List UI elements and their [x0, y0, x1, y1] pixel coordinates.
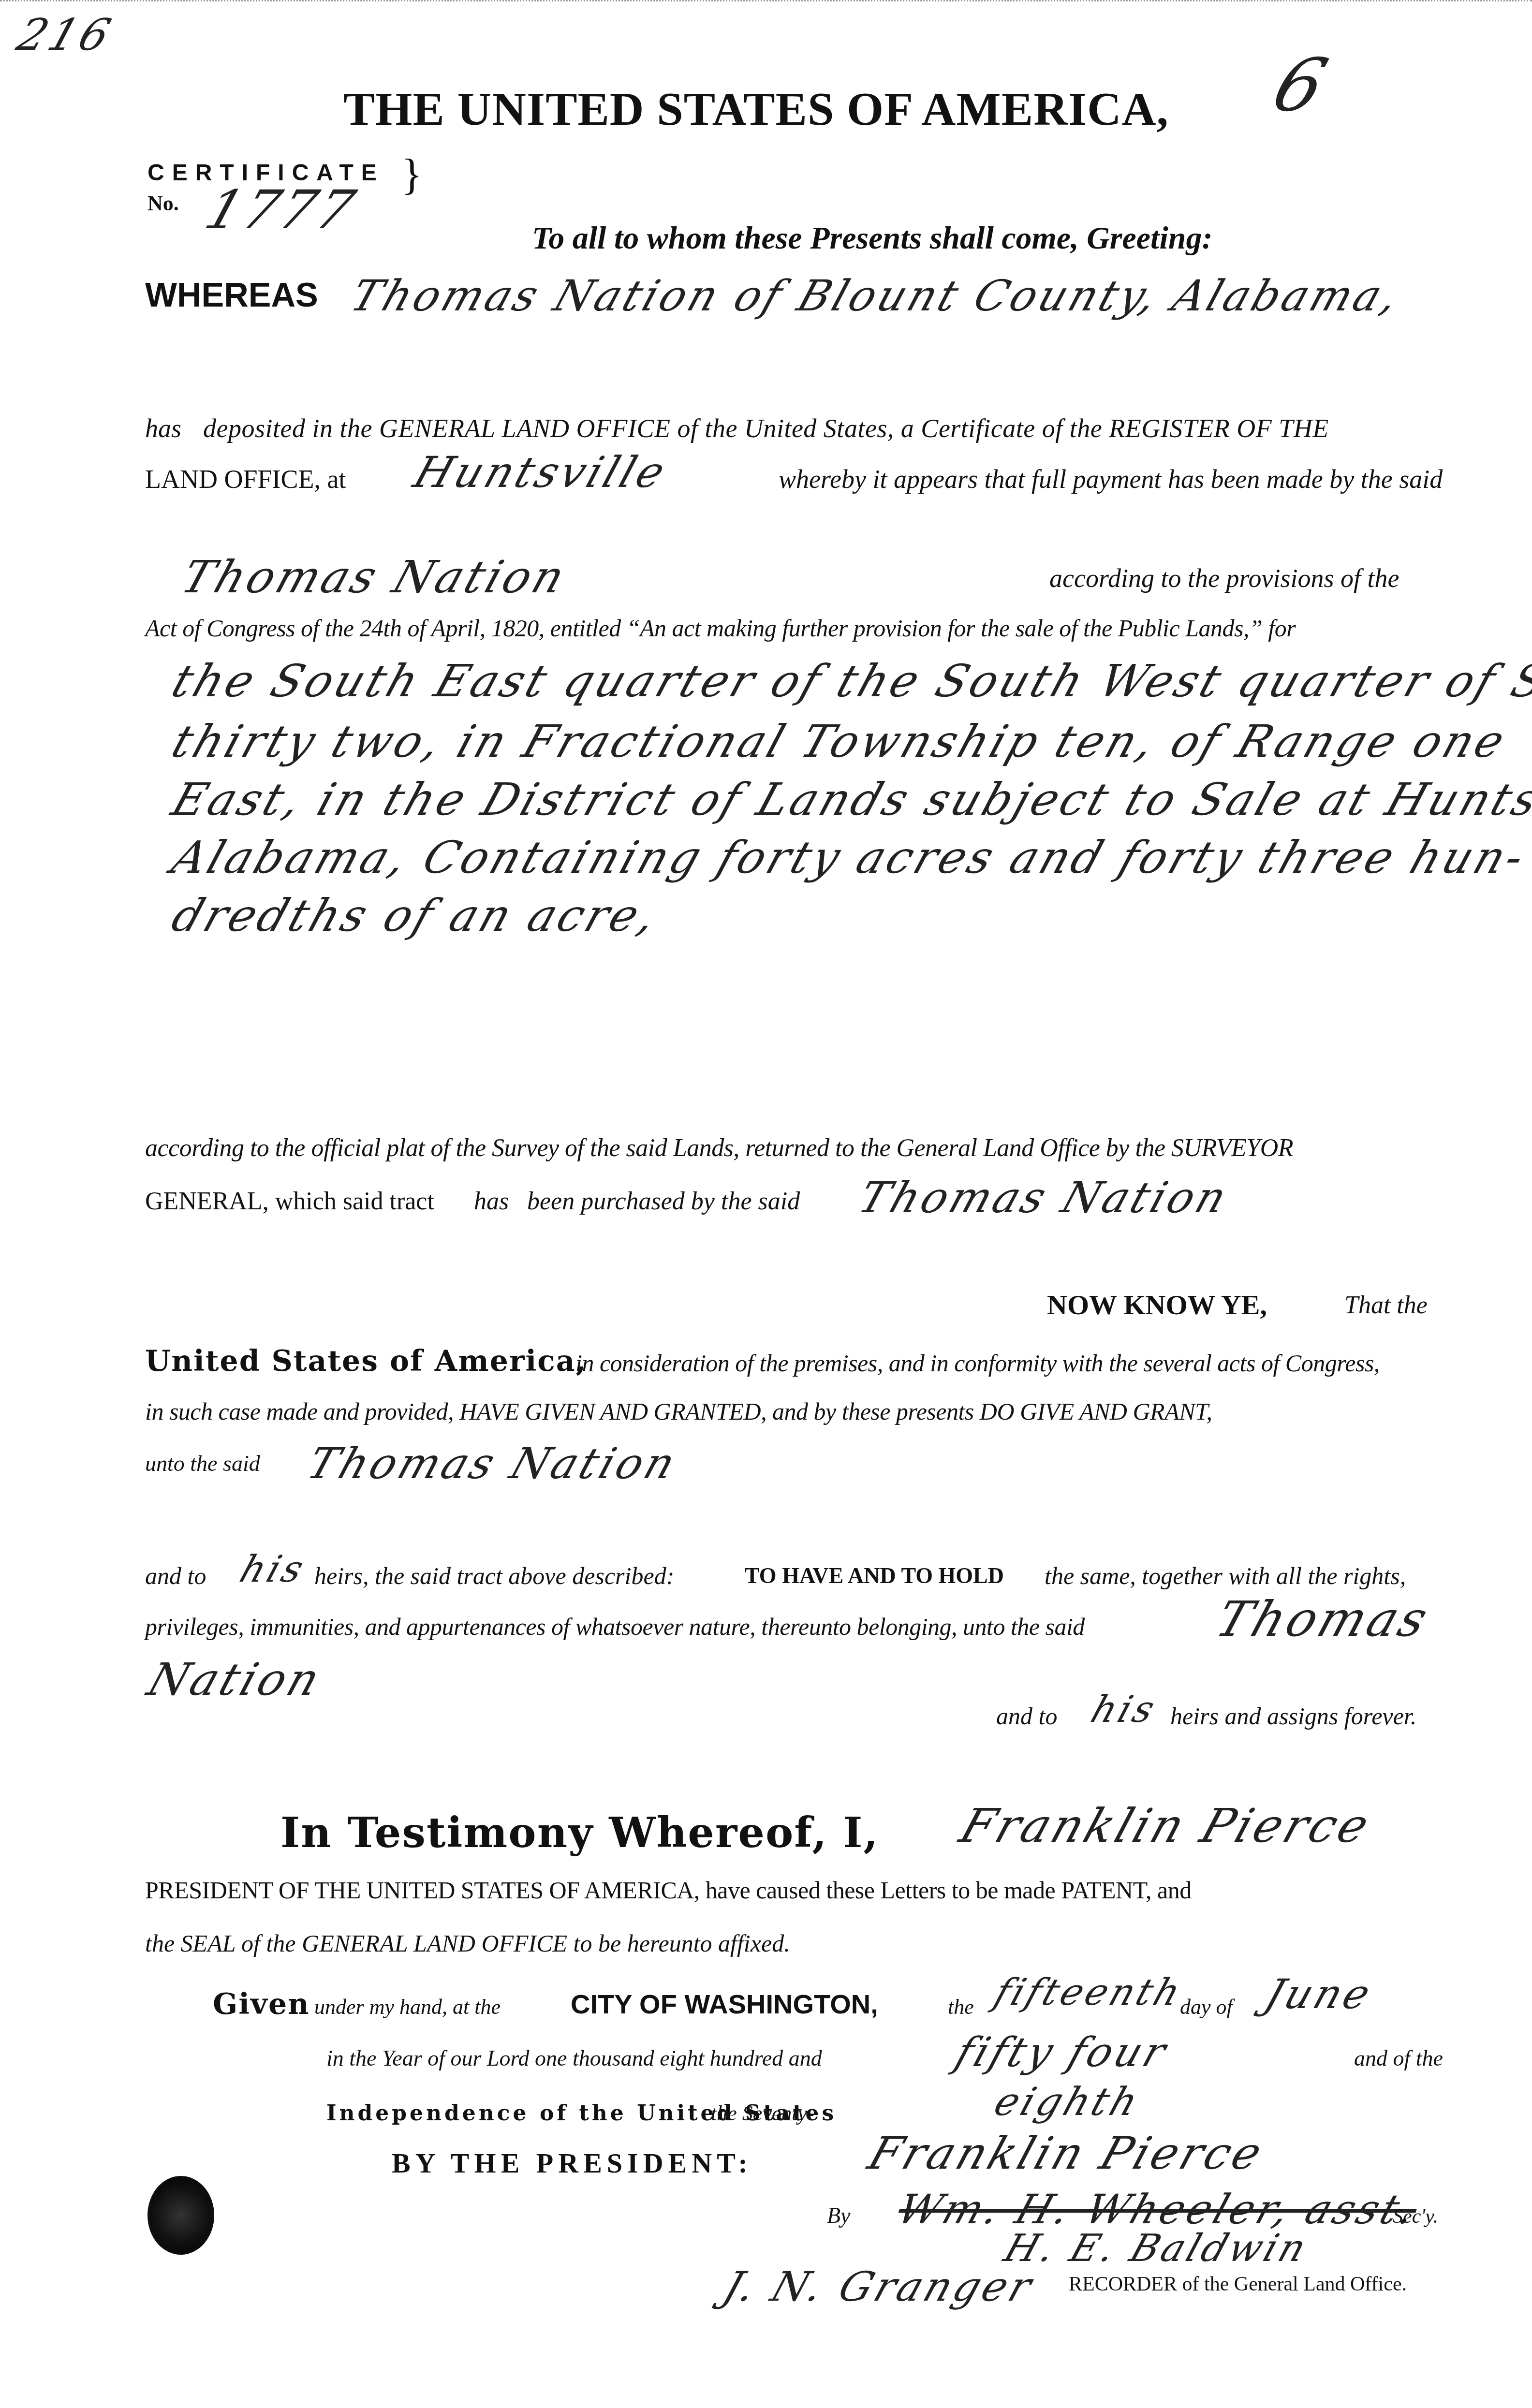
grantee-last-handwritten: Nation: [142, 1654, 329, 1705]
document-title: THE UNITED STATES OF AMERICA,: [343, 82, 1169, 136]
by-the-president: BY THE PRESIDENT:: [392, 2147, 752, 2179]
land-description-line-1: the South East quarter of the South West…: [166, 655, 1532, 707]
heirs-prefix: and to: [145, 1562, 206, 1590]
and-of-the: and of the: [1354, 2045, 1443, 2071]
grantee-first-handwritten: Thomas: [1209, 1591, 1437, 1647]
secretary-label: Sec'y.: [1393, 2205, 1438, 2228]
grantee-name-handwritten-1: Thomas Nation: [176, 551, 574, 603]
heirs-line-end: the same, together with all the rights,: [1045, 1562, 1406, 1590]
recorder-label: RECORDER of the General Land Office.: [1069, 2273, 1407, 2296]
testimony-line-1: PRESIDENT OF THE UNITED STATES OF AMERIC…: [145, 1876, 1192, 1904]
brace-decoration: }: [401, 150, 422, 200]
day-of-label: day of: [1180, 1995, 1233, 2019]
survey-line-1: according to the official plat of the Su…: [145, 1134, 1293, 1162]
year-handwritten: fifty four: [950, 2028, 1175, 2076]
independence-year-handwritten: eighth: [989, 2079, 1147, 2124]
preamble-line-2-prefix: LAND OFFICE, at: [145, 464, 346, 494]
certificate-number: 1777: [198, 179, 365, 241]
grant-line-1: in consideration of the premises, and in…: [575, 1349, 1380, 1377]
land-description-line-2: thirty two, in Fractional Township ten, …: [166, 716, 1514, 767]
his-handwritten-2: his: [1086, 1688, 1163, 1731]
whereas-label: WHEREAS: [145, 276, 318, 314]
usa-blackletter: United States of America,: [145, 1344, 587, 1378]
secretary2-signature: H. E. Baldwin: [999, 2227, 1314, 2270]
land-description-line-5: dredths of an acre,: [166, 890, 666, 941]
land-description-line-3: East, in the District of Lands subject t…: [166, 774, 1532, 825]
preamble-line-2-suffix: whereby it appears that full payment has…: [779, 464, 1443, 494]
land-description-line-4: Alabama, Containing forty acres and fort…: [166, 832, 1532, 883]
survey-line-2-prefix: GENERAL, which said tract: [145, 1187, 434, 1216]
unto-the-said: unto the said: [145, 1451, 260, 1476]
testimony-line-2: the SEAL of the GENERAL LAND OFFICE to b…: [145, 1929, 790, 1957]
grant-line-2: in such case made and provided, HAVE GIV…: [145, 1397, 1212, 1425]
margin-note-right: 6: [1263, 44, 1340, 128]
president-signature-testimony: Franklin Pierce: [954, 1799, 1378, 1853]
privileges-line: privileges, immunities, and appurtenance…: [145, 1613, 1085, 1641]
president-signature: Franklin Pierce: [862, 2128, 1271, 2179]
act-line: Act of Congress of the 24th of April, 18…: [145, 614, 1296, 642]
heirs-line: heirs, the said tract above described:: [314, 1562, 674, 1590]
testimony-heading: In Testimony Whereof, I,: [280, 1808, 879, 1857]
survey-line-2-middle: been purchased by the said: [527, 1187, 800, 1216]
his-handwritten-1: his: [235, 1547, 312, 1590]
preamble-line-1: deposited in the GENERAL LAND OFFICE of …: [203, 413, 1329, 443]
land-office-handwritten: Huntsville: [408, 447, 674, 497]
given-line: under my hand, at the: [314, 1995, 501, 2019]
to-have-and-to-hold: TO HAVE AND TO HOLD: [745, 1563, 1004, 1588]
grantee-name-handwritten-3: Thomas Nation: [301, 1439, 684, 1488]
certificate-no-label: No.: [147, 191, 179, 216]
city-of-washington: CITY OF WASHINGTON,: [571, 1988, 878, 2020]
grantee-name-handwritten-2: Thomas Nation: [853, 1173, 1235, 1222]
margin-note-page-number: 216: [11, 10, 119, 60]
recorder-signature: J. N. Granger: [718, 2263, 1040, 2310]
forever-prefix: and to: [996, 1702, 1057, 1730]
grantee-full-handwritten: Thomas Nation of Blount County, Alabama,: [345, 271, 1407, 321]
year-line: in the Year of our Lord one thousand eig…: [326, 2045, 822, 2071]
general-land-office-seal: [147, 2176, 214, 2255]
has-handwritten: has: [145, 413, 181, 443]
survey-has: has: [474, 1187, 509, 1216]
scan-edge: [0, 0, 1532, 3]
day-handwritten: fifteenth: [989, 1970, 1189, 2013]
month-handwritten: June: [1259, 1970, 1379, 2018]
by-label: By: [827, 2202, 851, 2228]
the-seventy: the Seventy-: [711, 2101, 814, 2126]
forever-suffix: heirs and assigns forever.: [1170, 1702, 1416, 1730]
that-the: That the: [1344, 1291, 1428, 1320]
the-label: the: [948, 1995, 974, 2019]
given-blackletter: Given: [213, 1987, 310, 2021]
greeting: To all to whom these Presents shall come…: [532, 220, 1212, 257]
preamble-line-3-suffix: according to the provisions of the: [1049, 563, 1399, 593]
secretary-signature: Wm. H. Wheeler, asst.: [892, 2186, 1424, 2233]
now-know-ye: NOW KNOW YE,: [1047, 1289, 1267, 1321]
